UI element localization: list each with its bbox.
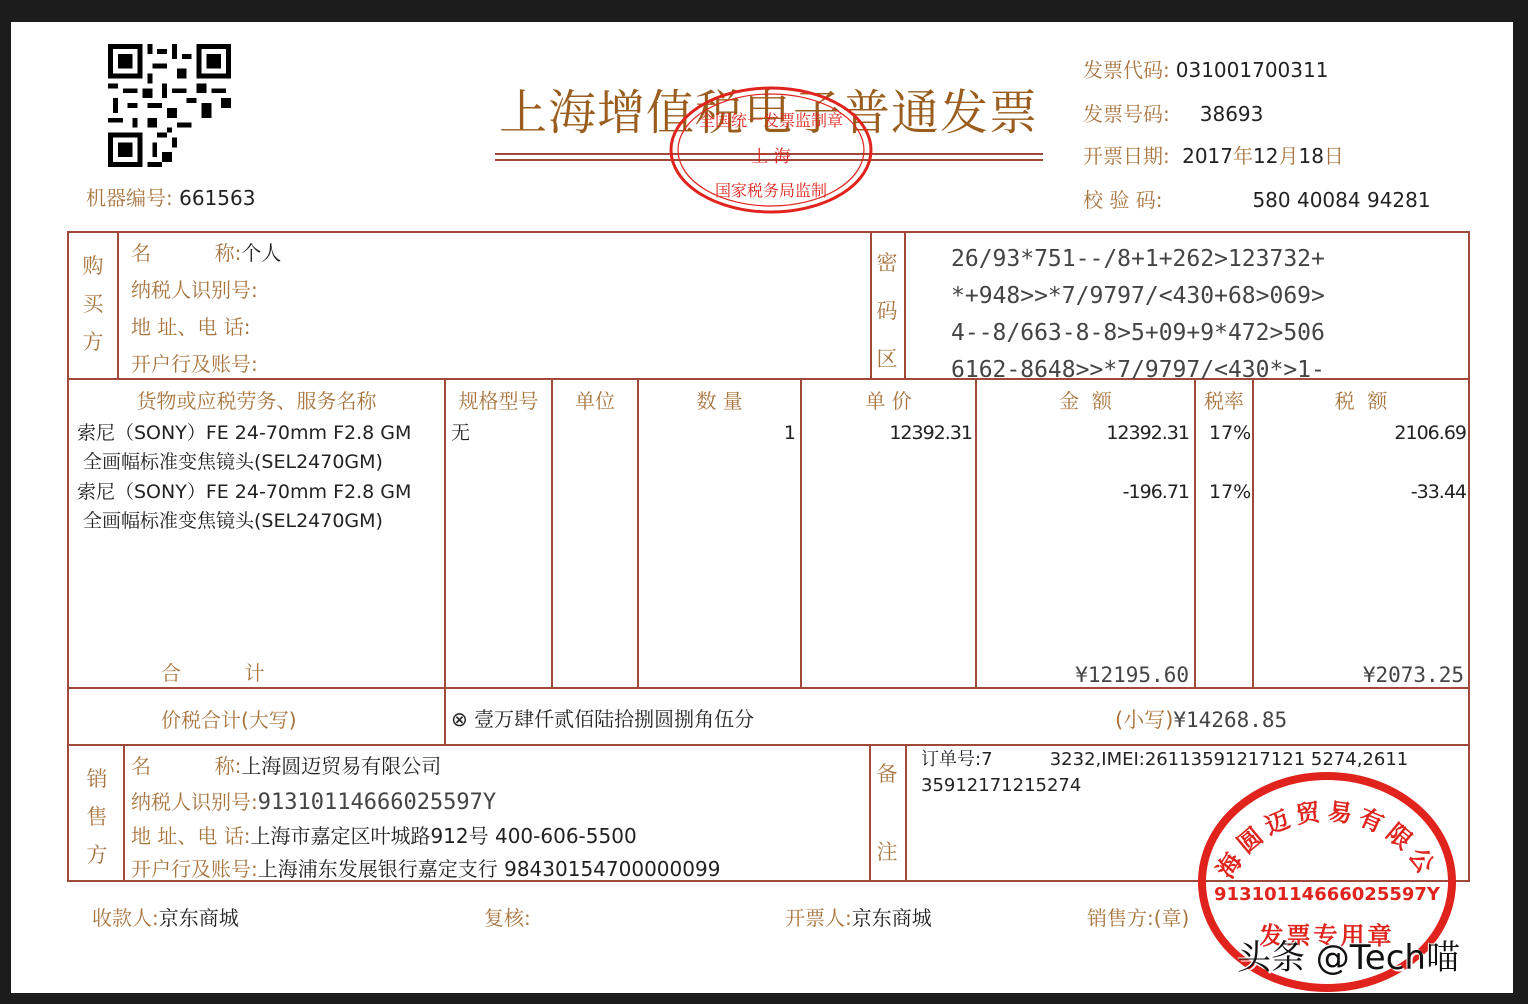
item-amount: 12392.31 [977, 419, 1189, 448]
svg-text:国家税务局监制: 国家税务局监制 [715, 181, 827, 200]
machine-number-value: 661563 [179, 186, 255, 210]
check-code: 校 验 码:580 40084 94281 [1083, 184, 1431, 213]
buyer-address: 地 址、电 话: [131, 311, 250, 340]
cipher-side-label: 密码区 [867, 239, 907, 383]
seller-side-label: 销售方 [77, 760, 117, 874]
invoice-date: 开票日期: 2017年12月18日 [1083, 140, 1344, 169]
item-amount: -196.71 [977, 478, 1189, 507]
grand-total-words: ⊗ 壹万肆仟贰佰陆拾捌圆捌角伍分 [451, 703, 754, 732]
invoice-number: 发票号码:38693 [1083, 98, 1263, 127]
total-tax: ¥2073.25 [1254, 663, 1464, 687]
item-tax-amount: 2106.69 [1254, 419, 1466, 448]
item-quantity: 1 [639, 419, 795, 448]
item-tax-amount: -33.44 [1254, 478, 1466, 507]
svg-text:全国统一发票监制章: 全国统一发票监制章 [699, 111, 843, 130]
buyer-tax-id: 纳税人识别号: [131, 274, 258, 303]
svg-text:上 海: 上 海 [751, 147, 790, 167]
buyer-side-label: 购买方 [73, 247, 113, 361]
seller-tax-id: 纳税人识别号:91310114666025597Y [131, 786, 496, 815]
remarks-side-label: 备 [867, 755, 907, 793]
item-name: 索尼（SONY）FE 24-70mm F2.8 GM全画幅标准变焦镜头(SEL2… [77, 478, 411, 536]
grand-total-label: 价税合计(大写) [161, 704, 297, 733]
total-label: 合 计 [161, 657, 265, 686]
reviewer: 复核: [484, 902, 531, 931]
qr-code-icon [108, 44, 231, 167]
circle-x-icon: ⊗ [451, 707, 468, 731]
tax-bureau-stamp: 全国统一发票监制章 上 海 国家税务局监制 [667, 84, 875, 216]
item-name: 索尼（SONY）FE 24-70mm F2.8 GM全画幅标准变焦镜头(SEL2… [77, 419, 411, 477]
header-tax-rate: 税率 [1196, 385, 1252, 414]
header-tax-amount: 税 额 [1254, 385, 1468, 414]
seller-seal-label: 销售方:(章) [1087, 902, 1189, 931]
buyer-name: 名 称:个人 [131, 237, 281, 266]
seller-name: 名 称:上海圆迈贸易有限公司 [131, 750, 441, 779]
seller-bank: 开户行及账号:上海浦东发展银行嘉定支行 98430154700000099 [131, 853, 720, 882]
cipher-area: 26/93*751--/8+1+262>123732+*+948>>*7/979… [951, 241, 1325, 389]
item-spec: 无 [451, 419, 470, 448]
header-unit: 单位 [553, 385, 637, 414]
header-item-name: 货物或应税劳务、服务名称 [69, 385, 444, 414]
seller-address: 地 址、电 话:上海市嘉定区叶城路912号 400-606-5500 [131, 820, 637, 849]
buyer-bank: 开户行及账号: [131, 348, 258, 377]
header-spec: 规格型号 [446, 385, 551, 414]
issuer: 开票人:京东商城 [785, 902, 932, 931]
header-unit-price: 单 价 [802, 385, 975, 414]
grand-total-figures: (小写)¥14268.85 [1115, 704, 1287, 734]
total-amount: ¥12195.60 [977, 663, 1189, 687]
header-amount: 金 额 [977, 385, 1194, 414]
item-unit-price: 12392.31 [802, 419, 972, 448]
item-tax-rate: 17% [1209, 419, 1251, 448]
invoice-page: 机器编号: 661563 上海增值税电子普通发票 全国统一发票监制章 上 海 国… [11, 22, 1513, 993]
svg-text:91310114666025597Y: 91310114666025597Y [1214, 884, 1441, 905]
invoice-code: 发票代码:031001700311 [1083, 54, 1328, 83]
machine-number: 机器编号: 661563 [86, 182, 255, 211]
watermark: 头条 @Tech喵 [1237, 930, 1460, 979]
item-tax-rate: 17% [1209, 478, 1251, 507]
header-quantity: 数 量 [639, 385, 800, 414]
svg-text:上海圆迈贸易有限公司: 上海圆迈贸易有限公司 [1196, 770, 1443, 883]
payee: 收款人:京东商城 [92, 902, 239, 931]
